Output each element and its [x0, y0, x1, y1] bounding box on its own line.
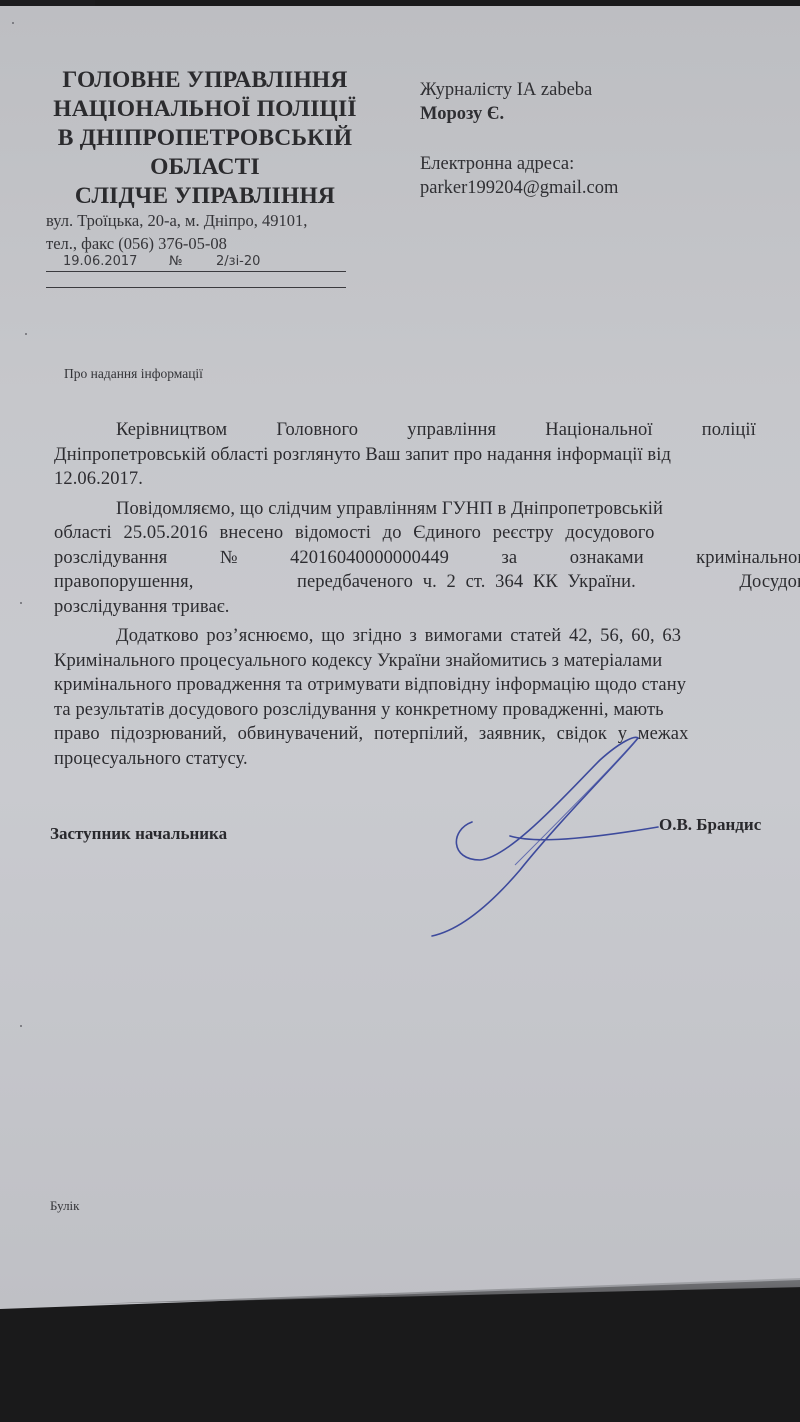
word: Досудове	[739, 570, 800, 595]
email-label: Електронна адреса:	[420, 152, 618, 176]
subject-line: Про надання інформації	[64, 366, 203, 382]
letterhead-line: В ДНІПРОПЕТРОВСЬКІЙ	[40, 124, 370, 153]
speck	[20, 602, 22, 604]
body-line: розслідування № 42016040000000449 за озн…	[54, 546, 800, 571]
body-line: розслідування триває.	[54, 595, 800, 620]
letterhead-line: НАЦІОНАЛЬНОЇ ПОЛІЦІЇ	[40, 95, 370, 124]
word: передбаченого ч. 2 ст. 364 КК України.	[297, 570, 636, 595]
word: правопорушення,	[54, 570, 194, 595]
body-line: Додатково роз’яснюємо, що згідно з вимог…	[54, 624, 800, 649]
body-line: 12.06.2017.	[54, 467, 800, 492]
street-address: вул. Троїцька, 20-а, м. Дніпро, 49101,	[46, 209, 307, 232]
document-date: 19.06.2017	[63, 254, 137, 269]
letterhead-line: ОБЛАСТІ	[40, 153, 370, 182]
speck	[12, 22, 14, 24]
recipient-position: Журналісту ІА zabeba	[420, 78, 618, 102]
body-line: Керівництвом Головного управління Націон…	[54, 418, 800, 443]
letterhead-line: ГОЛОВНЕ УПРАВЛІННЯ	[40, 66, 370, 95]
speck	[20, 1025, 22, 1027]
recipient-email: parker199204@gmail.com	[420, 176, 618, 200]
word: за	[502, 546, 518, 571]
body-line: Кримінального процесуального кодексу Укр…	[54, 649, 800, 674]
letterhead: ГОЛОВНЕ УПРАВЛІННЯ НАЦІОНАЛЬНОЇ ПОЛІЦІЇ …	[40, 66, 370, 211]
body-line: Повідомляємо, що слідчим управлінням ГУН…	[54, 497, 800, 522]
word: Національної	[545, 418, 652, 443]
word: 42016040000000449	[290, 546, 449, 571]
blank-reference-line	[46, 287, 346, 288]
word: розслідування	[54, 546, 167, 571]
speck	[25, 333, 27, 335]
recipient-name: Морозу Є.	[420, 102, 618, 126]
word: ознаками	[570, 546, 644, 571]
recipient-block: Журналісту ІА zabeba Морозу Є. Електронн…	[420, 78, 618, 200]
letterhead-address: вул. Троїцька, 20-а, м. Дніпро, 49101, т…	[46, 209, 307, 255]
word: поліції	[702, 418, 756, 443]
signatory-title: Заступник начальника	[50, 824, 227, 844]
letter-body: Керівництвом Головного управління Націон…	[54, 418, 800, 771]
word: №	[220, 546, 238, 571]
background-edge	[0, 0, 95, 7]
body-line: кримінального провадження та отримувати …	[54, 673, 800, 698]
body-line: та результатів досудового розслідування …	[54, 698, 800, 723]
body-line: області 25.05.2016 внесено відомості до …	[54, 521, 800, 546]
letterhead-line: СЛІДЧЕ УПРАВЛІННЯ	[40, 182, 370, 211]
document-number: 2/зі-20	[216, 254, 260, 269]
word: управління	[407, 418, 496, 443]
registration-line: 19.06.2017 № 2/зі-20	[46, 251, 346, 272]
word: кримінального	[696, 546, 800, 571]
body-line: правопорушення, передбаченого ч. 2 ст. 3…	[54, 570, 800, 595]
handwritten-signature-icon	[420, 730, 680, 940]
word: Головного	[276, 418, 358, 443]
executor-name: Булік	[50, 1198, 80, 1214]
body-line: Дніпропетровській області розглянуто Ваш…	[54, 443, 800, 468]
number-label: №	[169, 254, 183, 269]
word: Керівництвом	[116, 418, 227, 443]
signatory-name: О.В. Брандис	[659, 815, 761, 835]
